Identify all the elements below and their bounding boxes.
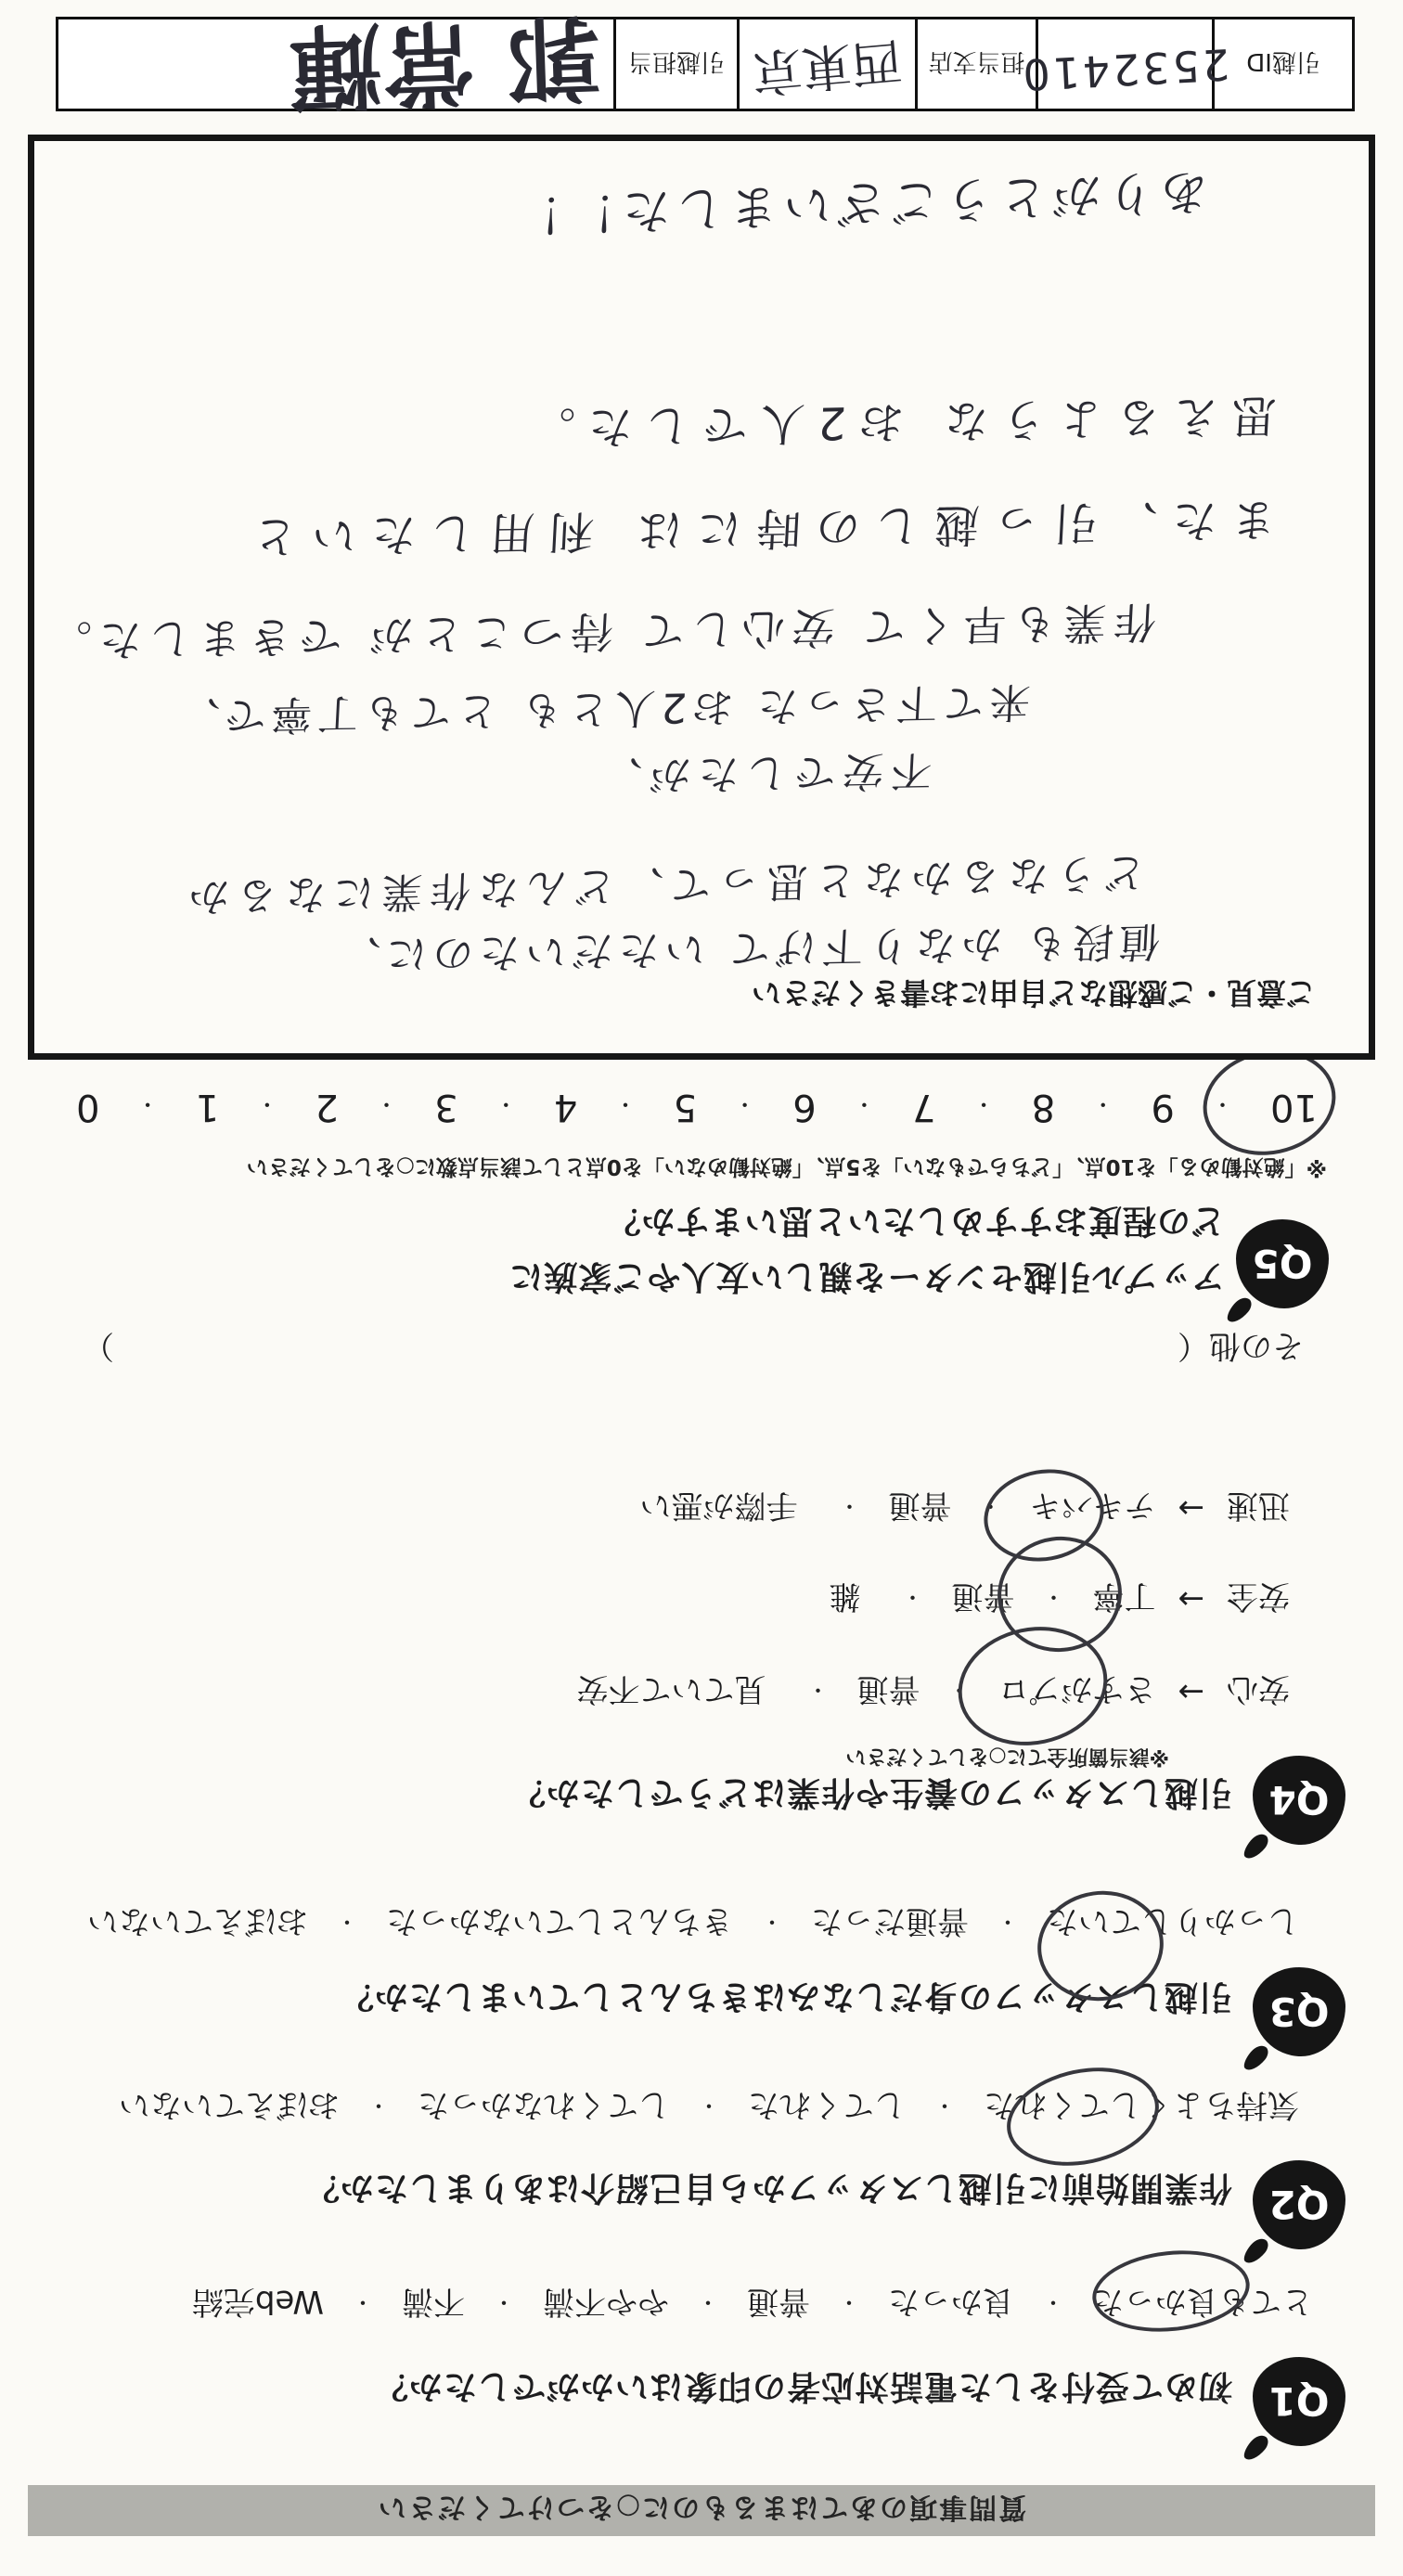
scale-separator: ・ bbox=[614, 1091, 637, 1124]
option-item[interactable]: してくれた bbox=[748, 2085, 906, 2131]
q1-title: 初めて受付をした電話対応者の印象はいかがでしたか？ bbox=[374, 2365, 1232, 2413]
id-table-value-handwriting: 西東京 bbox=[750, 29, 906, 113]
id-table: 引越ID2532410担当支店西東京引越担当郭 常輝 bbox=[56, 17, 1355, 111]
q3-badge-tail-icon bbox=[1241, 2041, 1272, 2074]
option-separator: ・ bbox=[697, 2288, 719, 2321]
q5-badge-tail-icon bbox=[1224, 1294, 1255, 1326]
option-item[interactable]: 見ていて不安 bbox=[577, 1669, 766, 1715]
q4-badge-tail-icon bbox=[1241, 1830, 1272, 1862]
id-table-label-0: 引越ID bbox=[1215, 19, 1352, 109]
option-item[interactable]: してくれなかった bbox=[418, 2085, 670, 2131]
q4-row-安心: 安心→さすがプロ・普通・見ていて不安 bbox=[577, 1669, 1291, 1715]
q4-title: 引越しスタッフの養生や作業はどうでしたか？ bbox=[511, 1771, 1232, 1819]
handwritten-line: 思えるような お2人でした。 bbox=[516, 387, 1278, 464]
scale-point-9[interactable]: 9 bbox=[1151, 1086, 1174, 1128]
option-separator: ・ bbox=[1042, 2288, 1064, 2321]
scale-point-4[interactable]: 4 bbox=[554, 1086, 577, 1128]
q1-badge-tail-icon bbox=[1241, 2431, 1272, 2464]
id-table-value-0: 2532410 bbox=[1038, 19, 1215, 109]
scale-separator: ・ bbox=[1092, 1091, 1114, 1124]
option-item[interactable]: 普通 bbox=[747, 2282, 810, 2327]
option-item[interactable]: 良かった bbox=[888, 2282, 1014, 2327]
option-separator: ・ bbox=[902, 1583, 924, 1616]
option-separator: ・ bbox=[367, 2092, 390, 2124]
option-separator: ・ bbox=[336, 1908, 358, 1940]
q4-row-label: 迅速 bbox=[1227, 1486, 1290, 1531]
id-table-value-handwriting: 2532410 bbox=[1019, 39, 1230, 100]
q5-title-line1: アップル引越センターを親しい友人やご家族に bbox=[508, 1256, 1225, 1303]
id-table-label-text: 担当支店 bbox=[929, 47, 1025, 82]
option-item[interactable]: きちんとしていなかった bbox=[386, 1901, 733, 1947]
id-table-value-2: 郭 常輝 bbox=[58, 19, 616, 109]
option-item[interactable]: Web完結 bbox=[192, 2282, 324, 2327]
q4-note: ※該当箇所全てに○をしてください bbox=[845, 1744, 1169, 1772]
q2-badge-label: Q2 bbox=[1269, 2183, 1330, 2228]
option-item[interactable]: 雑 bbox=[830, 1577, 861, 1622]
arrow-icon: → bbox=[1178, 1674, 1205, 1711]
q3-badge-label: Q3 bbox=[1269, 1990, 1330, 2035]
q3-badge: Q3 bbox=[1253, 1967, 1345, 2056]
q4-row-迅速: 迅速→テキパキ・普通・手際が悪い bbox=[640, 1486, 1291, 1531]
arrow-icon: → bbox=[1178, 1581, 1205, 1618]
scale-point-7[interactable]: 7 bbox=[912, 1086, 935, 1128]
q4-row-label: 安心 bbox=[1227, 1669, 1290, 1715]
q2-badge-tail-icon bbox=[1241, 2235, 1272, 2267]
scale-point-1[interactable]: 1 bbox=[196, 1086, 219, 1128]
q5-title-line2: どの程度おすすめしたいと思いますか？ bbox=[607, 1200, 1225, 1247]
scale-separator: ・ bbox=[136, 1091, 159, 1124]
option-separator: ・ bbox=[997, 1908, 1019, 1940]
scale-point-2[interactable]: 2 bbox=[315, 1086, 338, 1128]
scale-point-0[interactable]: 0 bbox=[76, 1086, 99, 1128]
id-table-value-1: 西東京 bbox=[740, 19, 918, 109]
q1-badge: Q1 bbox=[1253, 2357, 1345, 2446]
id-table-label-2: 引越担当 bbox=[616, 19, 740, 109]
id-table-label-text: 引越ID bbox=[1246, 47, 1320, 82]
q4-other-line: その他（ ） bbox=[83, 1326, 1304, 1372]
q2-badge: Q2 bbox=[1253, 2160, 1345, 2249]
q4-other-close-paren: ） bbox=[83, 1326, 114, 1372]
arrow-icon: → bbox=[1178, 1490, 1205, 1527]
q2-selected-circle bbox=[998, 2054, 1168, 2179]
scale-point-8[interactable]: 8 bbox=[1032, 1086, 1055, 1128]
id-table-label-text: 引越担当 bbox=[628, 47, 725, 82]
q4-row-label: 安全 bbox=[1227, 1577, 1290, 1622]
scale-separator: ・ bbox=[376, 1091, 398, 1124]
option-item[interactable]: 手際が悪い bbox=[640, 1486, 798, 1531]
option-item[interactable]: おぼえていない bbox=[119, 2085, 340, 2131]
option-separator: ・ bbox=[698, 2092, 720, 2124]
scale-separator: ・ bbox=[972, 1091, 995, 1124]
option-separator: ・ bbox=[807, 1676, 830, 1708]
instruction-banner-text: 質問事項のあてはまるものに○をつけてください bbox=[377, 2491, 1026, 2531]
q1-badge-label: Q1 bbox=[1269, 2379, 1330, 2425]
option-separator: ・ bbox=[933, 2092, 956, 2124]
scale-separator: ・ bbox=[495, 1091, 517, 1124]
option-separator: ・ bbox=[352, 2288, 374, 2321]
instruction-banner: 質問事項のあてはまるものに○をつけてください bbox=[28, 2485, 1375, 2536]
q5-badge: Q5 bbox=[1236, 1219, 1329, 1308]
handwritten-line: 不安でしたが、 bbox=[592, 744, 933, 809]
option-item[interactable]: 不満 bbox=[402, 2282, 465, 2327]
q4-other-label: その他（ bbox=[1178, 1326, 1304, 1372]
option-separator: ・ bbox=[761, 1908, 783, 1940]
q5-badge-label: Q5 bbox=[1253, 1242, 1313, 1287]
option-item[interactable]: やや不満 bbox=[543, 2282, 669, 2327]
option-separator: ・ bbox=[839, 1492, 861, 1525]
q4-badge-label: Q4 bbox=[1269, 1778, 1330, 1823]
option-item[interactable]: 普通 bbox=[857, 1669, 920, 1715]
scale-separator: ・ bbox=[734, 1091, 756, 1124]
q4-badge: Q4 bbox=[1253, 1756, 1345, 1845]
scale-separator: ・ bbox=[853, 1091, 875, 1124]
option-item[interactable]: おぼえていない bbox=[87, 1901, 308, 1947]
q5-note: ※「絶対勧める」を10点、「どちらでもない」を5点、「絶対勧めない」を0点として… bbox=[247, 1153, 1327, 1184]
scale-point-6[interactable]: 6 bbox=[792, 1086, 816, 1128]
option-separator: ・ bbox=[838, 2288, 860, 2321]
option-item[interactable]: 普通だった bbox=[811, 1901, 969, 1947]
scale-separator: ・ bbox=[256, 1091, 278, 1124]
scanned-survey-page: 質問事項のあてはまるものに○をつけてください Q1 初めて受付をした電話対応者の… bbox=[0, 0, 1403, 2576]
scale-point-3[interactable]: 3 bbox=[434, 1086, 457, 1128]
q5-nps-scale: 10・9・8・7・6・5・4・3・2・1・0 bbox=[76, 1086, 1318, 1128]
survey-sheet-rotated-180: 質問事項のあてはまるものに○をつけてください Q1 初めて受付をした電話対応者の… bbox=[0, 0, 1403, 2576]
q2-title: 作業開始前に引越しスタッフから自己紹介はありましたか？ bbox=[305, 2167, 1232, 2214]
id-table-value-handwriting: 郭 常輝 bbox=[288, 0, 603, 142]
option-item[interactable]: 普通 bbox=[889, 1486, 952, 1531]
option-separator: ・ bbox=[493, 2288, 515, 2321]
scale-point-5[interactable]: 5 bbox=[674, 1086, 697, 1128]
